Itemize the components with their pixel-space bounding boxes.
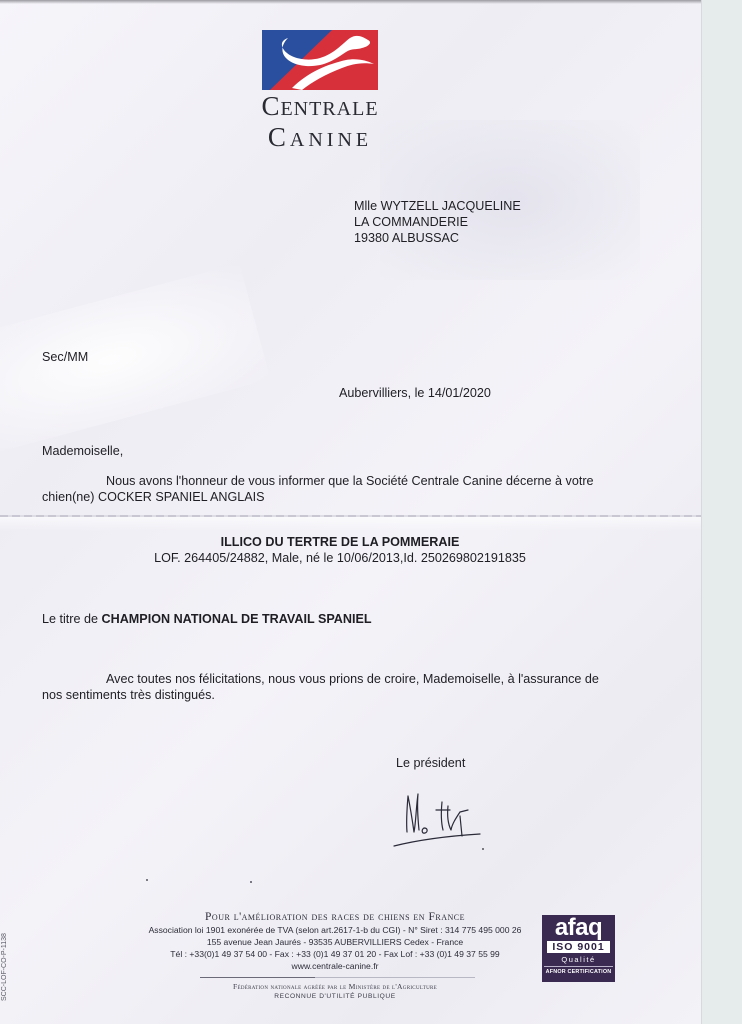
closing-line-2: nos sentiments très distingués.: [42, 687, 599, 703]
footer-website-link[interactable]: www.centrale-canine.fr: [130, 960, 540, 972]
brand-wordmark: CENTRALE CANINE: [252, 93, 388, 155]
recognition-line: RECONNUE D'UTILITÉ PUBLIQUE: [130, 992, 540, 1001]
salutation: Mademoiselle,: [42, 443, 123, 459]
footer-address-line: 155 avenue Jean Jaurés - 93535 AUBERVILL…: [130, 936, 540, 948]
paper-speck: [146, 879, 148, 881]
paper-speck: [482, 848, 484, 850]
intro-line-1: Nous avons l'honneur de vous informer qu…: [106, 474, 594, 488]
reference-code: Sec/MM: [42, 349, 88, 365]
form-code-text: SCC-LOF-CO-P-1138: [1, 933, 8, 1001]
recipient-name: Mlle WYTZELL JACQUELINE: [354, 198, 521, 214]
brand-line-2: CANINE: [252, 124, 388, 155]
paper-edge-shadow: [0, 0, 702, 4]
intro-line-2: chien(ne) COCKER SPANIEL ANGLAIS: [42, 489, 594, 505]
recipient-address-line-1: LA COMMANDERIE: [354, 214, 521, 230]
closing-paragraph: Avec toutes nos félicitations, nous vous…: [42, 671, 599, 703]
paper-crease: [0, 263, 270, 457]
form-code: SCC-LOF-CO-P-1138: [1, 935, 13, 1001]
place-and-date: Aubervilliers, le 14/01/2020: [339, 385, 491, 401]
award-title-line: Le titre de CHAMPION NATIONAL DE TRAVAIL…: [42, 611, 372, 627]
dog-details: LOF. 264405/24882, Male, né le 10/06/201…: [154, 551, 526, 565]
closing-line-1: Avec toutes nos félicitations, nous vous…: [106, 672, 599, 686]
afaq-iso-certification-badge: afaq ISO 9001 Qualité AFNOR CERTIFICATIO…: [542, 915, 615, 982]
footer-phone-line: Tél : +33(0)1 49 37 54 00 - Fax : +33 (0…: [130, 948, 540, 960]
letterhead-footer: Pour l'amélioration des races de chiens …: [130, 911, 540, 972]
footer-divider: [200, 977, 475, 978]
certification-label: Qualité: [542, 954, 615, 966]
iso-standard: ISO 9001: [547, 941, 610, 953]
intro-paragraph: Nous avons l'honneur de vous informer qu…: [42, 473, 594, 505]
recipient-address: Mlle WYTZELL JACQUELINE LA COMMANDERIE 1…: [354, 198, 521, 246]
centrale-canine-logo-icon: [262, 30, 378, 90]
federation-line: Fédération nationale agréée par le Minis…: [130, 982, 540, 992]
dog-name: ILLICO DU TERTRE DE LA POMMERAIE: [0, 534, 680, 550]
dog-identity: ILLICO DU TERTRE DE LA POMMERAIE LOF. 26…: [0, 534, 680, 566]
recipient-address-line-2: 19380 ALBUSSAC: [354, 230, 521, 246]
brand-line-1: CENTRALE: [252, 93, 388, 124]
federation-note: Fédération nationale agréée par le Minis…: [130, 982, 540, 1001]
footer-motto: Pour l'amélioration des races de chiens …: [130, 911, 540, 924]
award-title-prefix: Le titre de: [42, 612, 102, 626]
footer-legal-line: Association loi 1901 exonérée de TVA (se…: [130, 924, 540, 936]
signatory-label: Le président: [396, 755, 465, 771]
certification-issuer: AFNOR CERTIFICATION: [544, 966, 613, 977]
paper-fold-shade: [0, 517, 702, 531]
award-title: CHAMPION NATIONAL DE TRAVAIL SPANIEL: [102, 612, 372, 626]
letter-page: CENTRALE CANINE Mlle WYTZELL JACQUELINE …: [0, 0, 702, 1024]
paper-speck: [250, 881, 252, 883]
signature-icon: [388, 788, 488, 850]
afaq-brand: afaq: [542, 916, 615, 940]
